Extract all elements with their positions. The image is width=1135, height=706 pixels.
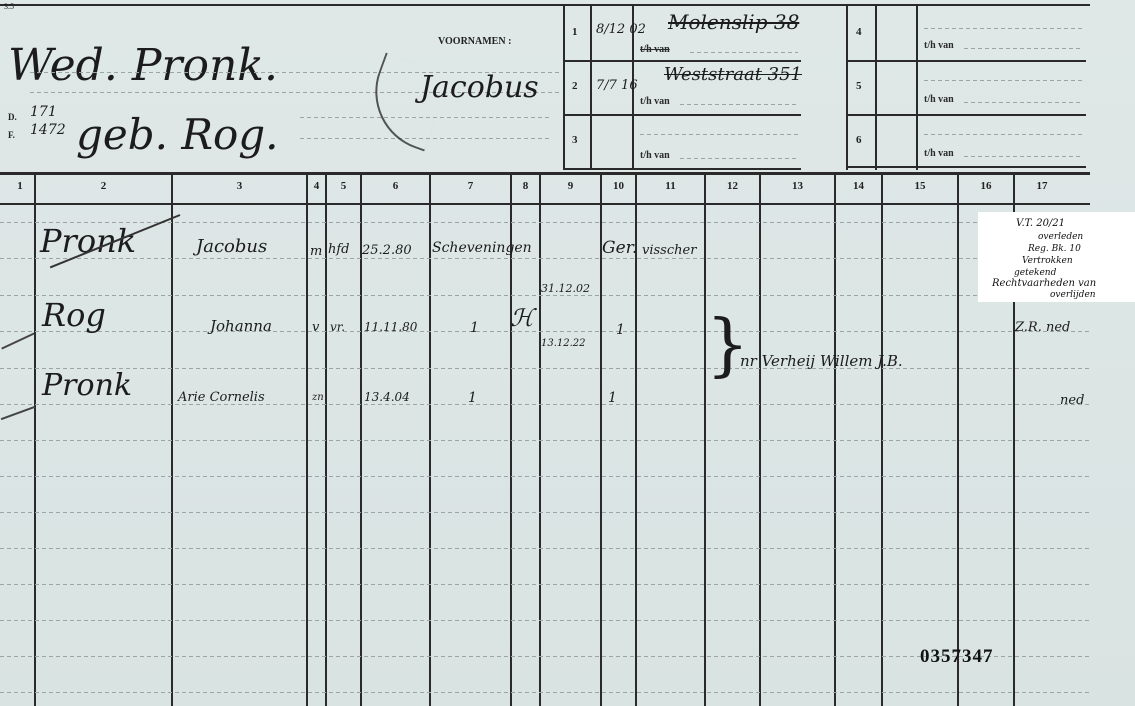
- relation: zn: [312, 392, 324, 403]
- strike-mark: [1, 332, 34, 349]
- addr-border: [875, 6, 877, 170]
- col-header-6: 6: [362, 180, 429, 192]
- address-date: 8/12 02: [596, 22, 646, 37]
- note-line: overlijden: [1050, 290, 1096, 300]
- addr-border: [563, 60, 801, 62]
- col-header-9: 9: [541, 180, 600, 192]
- address-tvan: t/h van: [640, 150, 670, 161]
- sex: m: [310, 244, 322, 259]
- ruling: [690, 52, 798, 53]
- ruling: [924, 28, 1082, 29]
- col17-note: Z.R. ned: [1015, 320, 1070, 335]
- given-names: Johanna: [210, 317, 272, 335]
- address-tvan: t/h van: [640, 96, 670, 107]
- col-header-2: 2: [36, 180, 171, 192]
- addr-border: [563, 6, 565, 170]
- occupation: visscher: [642, 243, 696, 258]
- birthplace: 1: [468, 390, 477, 406]
- col-header-12: 12: [706, 180, 759, 192]
- note-line: Rechtvaarheden van: [992, 278, 1096, 289]
- note-line: overleden: [1038, 232, 1083, 242]
- d-value: 171: [30, 104, 57, 120]
- relation: hfd: [328, 242, 350, 257]
- population-register-card: 3.5 Wed. Pronk. geb. Rog. D. 171 F. 1472…: [0, 0, 1135, 706]
- note-line: V.T. 20/21: [1016, 218, 1065, 229]
- row-ruling: [0, 620, 1090, 621]
- col-header-10: 10: [602, 180, 635, 192]
- col-header-17: 17: [1015, 180, 1069, 192]
- initials-mark: ℋ: [510, 304, 534, 332]
- stamp-number: 0357347: [920, 646, 994, 668]
- table-top-border: [0, 172, 1090, 175]
- address-number: 5: [856, 80, 862, 92]
- date-entry: 13.12.22: [541, 338, 586, 349]
- addr-border: [846, 60, 1086, 62]
- addr-border: [563, 168, 801, 170]
- col-header-7: 7: [431, 180, 510, 192]
- note-line: Reg. Bk. 10: [1028, 244, 1081, 254]
- birthplace: 1: [470, 320, 479, 336]
- row-ruling: [0, 295, 1090, 296]
- bracket-note: nr Verheij Willem J.B.: [740, 352, 903, 370]
- row-ruling: [0, 476, 1090, 477]
- address-street: Molenslip 38: [668, 10, 799, 34]
- address-date: 7/7 16: [596, 78, 638, 93]
- ruling: [924, 134, 1082, 135]
- sex: v: [312, 320, 319, 335]
- surname: Pronk: [42, 368, 132, 403]
- date-entry: 31.12.02: [541, 282, 590, 295]
- col-header-14: 14: [836, 180, 881, 192]
- corner-mark: 3.5: [4, 2, 14, 11]
- row-ruling: [0, 548, 1090, 549]
- col-header-3: 3: [173, 180, 306, 192]
- surname: Rog: [42, 296, 106, 334]
- row-ruling: [0, 258, 1090, 259]
- addr-border: [590, 6, 592, 170]
- ruling: [680, 104, 798, 105]
- ruling: [964, 48, 1082, 49]
- row-ruling: [0, 584, 1090, 585]
- address-tvan: t/h van: [640, 44, 670, 55]
- religion: Ger.: [602, 238, 637, 258]
- address-tvan: t/h van: [924, 40, 954, 51]
- pasted-note: V.T. 20/21 overleden Reg. Bk. 10 Vertrok…: [978, 212, 1135, 302]
- ruling: [964, 102, 1082, 103]
- address-tvan: t/h van: [924, 94, 954, 105]
- birthdate: 11.11.80: [364, 320, 417, 334]
- row-ruling: [0, 692, 1090, 693]
- birthdate: 25.2.80: [362, 243, 412, 258]
- addr-border: [846, 166, 1086, 168]
- surname: Pronk: [40, 222, 136, 260]
- row-ruling: [0, 331, 1090, 332]
- birthdate: 13.4.04: [364, 390, 410, 404]
- note-line: getekend: [1014, 268, 1056, 278]
- flourish: [358, 52, 451, 151]
- addr-border: [846, 6, 848, 170]
- col-header-16: 16: [959, 180, 1013, 192]
- f-value: 1472: [30, 122, 66, 138]
- ruling: [640, 134, 798, 135]
- maiden-name-line: geb. Rog.: [76, 110, 278, 159]
- address-street: Weststraat 351: [664, 64, 802, 85]
- col-header-13: 13: [761, 180, 834, 192]
- religion: 1: [616, 322, 625, 338]
- d-label: D.: [8, 112, 17, 122]
- given-names: Arie Cornelis: [178, 390, 265, 405]
- relation: vr.: [330, 320, 345, 334]
- col-header-5: 5: [327, 180, 360, 192]
- birthplace: Scheveningen: [432, 240, 532, 256]
- given-names: Jacobus: [196, 236, 267, 257]
- row-ruling: [0, 512, 1090, 513]
- note-line: Vertrokken: [1022, 256, 1073, 266]
- addr-border: [563, 114, 801, 116]
- top-border: [0, 4, 1090, 6]
- col-header-15: 15: [883, 180, 957, 192]
- surname-line: Wed. Pronk.: [8, 40, 278, 91]
- address-number: 2: [572, 80, 578, 92]
- col-header-4: 4: [308, 180, 325, 192]
- ruling: [680, 158, 798, 159]
- religion: 1: [608, 390, 617, 406]
- row-ruling: [0, 404, 1090, 405]
- header-row-border: [0, 203, 1090, 205]
- addr-border: [846, 114, 1086, 116]
- col17-note: ned: [1060, 393, 1084, 408]
- addr-border: [916, 6, 918, 170]
- voornamen-label: VOORNAMEN :: [438, 36, 511, 47]
- strike-mark: [1, 406, 36, 420]
- address-tvan: t/h van: [924, 148, 954, 159]
- address-number: 6: [856, 134, 862, 146]
- address-number: 1: [572, 26, 578, 38]
- col-header-1: 1: [10, 180, 30, 192]
- f-label: F.: [8, 130, 15, 140]
- address-number: 3: [572, 134, 578, 146]
- row-ruling: [0, 368, 1090, 369]
- row-ruling: [0, 440, 1090, 441]
- col-header-8: 8: [512, 180, 539, 192]
- ruling: [924, 80, 1082, 81]
- address-number: 4: [856, 26, 862, 38]
- ruling: [964, 156, 1082, 157]
- col-header-11: 11: [637, 180, 704, 192]
